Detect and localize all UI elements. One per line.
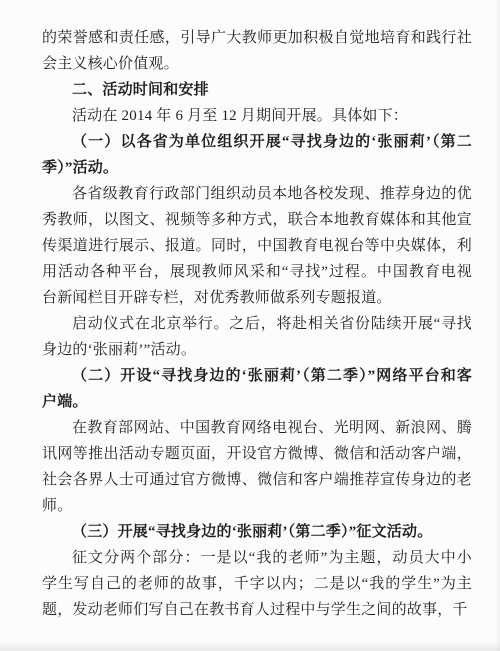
schedule-paragraph: 活动在 2014 年 6 月至 12 月期间开展。具体如下： (42, 103, 472, 129)
item-1-body: 各省级教育行政部门组织动员本地各校发现、推荐身边的优秀教师，以图文、视频等多种方… (42, 181, 472, 311)
text-line: （三）开展“寻找身边的‘张丽莉’（第二季）”征文活动。 (42, 519, 472, 545)
text-line: 启动仪式在北京举行。之后，将赴相关省份陆续开展“寻找 (42, 311, 472, 337)
document-text-block: 的荣誉感和责任感，引导广大教师更加积极自觉地培育和践行社会主义核心价值观。二、活… (42, 25, 472, 623)
text-line: 的荣誉感和责任感，引导广大教师更加积极自觉地培育和践行社 (42, 25, 472, 51)
continuation-paragraph: 的荣誉感和责任感，引导广大教师更加积极自觉地培育和践行社会主义核心价值观。 (42, 25, 472, 77)
text-line: 身边的‘张丽莉’”活动。 (42, 337, 472, 363)
text-line: 学生写自己的老师的故事，千字以内；二是以“我的学生”为主 (42, 571, 472, 597)
text-line: 活动在 2014 年 6 月至 12 月期间开展。具体如下： (42, 103, 472, 129)
text-line: （二）开设“寻找身边的‘张丽莉’（第二季）”网络平台和客 (42, 363, 472, 389)
text-line: 用活动各种平台，展现教师风采和“寻找”过程。中国教育电视 (42, 259, 472, 285)
item-3-heading: （三）开展“寻找身边的‘张丽莉’（第二季）”征文活动。 (42, 519, 472, 545)
item-1-heading: （一）以各省为单位组织开展“寻找身边的‘张丽莉’（第二季）”活动。 (42, 129, 472, 181)
item-1-body-2: 启动仪式在北京举行。之后，将赴相关省份陆续开展“寻找身边的‘张丽莉’”活动。 (42, 311, 472, 363)
text-line: 征文分两个部分：一是以“我的老师”为主题，动员大中小 (42, 545, 472, 571)
text-line: 户端。 (42, 389, 472, 415)
text-line: 台新闻栏目开辟专栏，对优秀教师做系列专题报道。 (42, 285, 472, 311)
text-line: 二、活动时间和安排 (42, 77, 472, 103)
section-heading-2: 二、活动时间和安排 (42, 77, 472, 103)
text-line: 题，发动老师们写自己在教书育人过程中与学生之间的故事，千 (42, 597, 472, 623)
text-line: 在教育部网站、中国教育网络电视台、光明网、新浪网、腾 (42, 415, 472, 441)
item-2-heading: （二）开设“寻找身边的‘张丽莉’（第二季）”网络平台和客户端。 (42, 363, 472, 415)
text-line: 秀教师，以图文、视频等多种方式，联合本地教育媒体和其他宣 (42, 207, 472, 233)
text-line: 社会各界人士可通过官方微博、微信和客户端推荐宣传身边的老 (42, 467, 472, 493)
text-line: （一）以各省为单位组织开展“寻找身边的‘张丽莉’（第二 (42, 129, 472, 155)
text-line: 讯网等推出活动专题页面，开设官方微博、微信和活动客户端， (42, 441, 472, 467)
text-line: 传渠道进行展示、报道。同时，中国教育电视台等中央媒体，利 (42, 233, 472, 259)
text-line: 季）”活动。 (42, 155, 472, 181)
document-page: 的荣誉感和责任感，引导广大教师更加积极自觉地培育和践行社会主义核心价值观。二、活… (0, 0, 500, 651)
text-line: 师。 (42, 493, 472, 519)
item-3-body: 征文分两个部分：一是以“我的老师”为主题，动员大中小学生写自己的老师的故事，千字… (42, 545, 472, 623)
text-line: 会主义核心价值观。 (42, 51, 472, 77)
item-2-body: 在教育部网站、中国教育网络电视台、光明网、新浪网、腾讯网等推出活动专题页面，开设… (42, 415, 472, 519)
text-line: 各省级教育行政部门组织动员本地各校发现、推荐身边的优 (42, 181, 472, 207)
